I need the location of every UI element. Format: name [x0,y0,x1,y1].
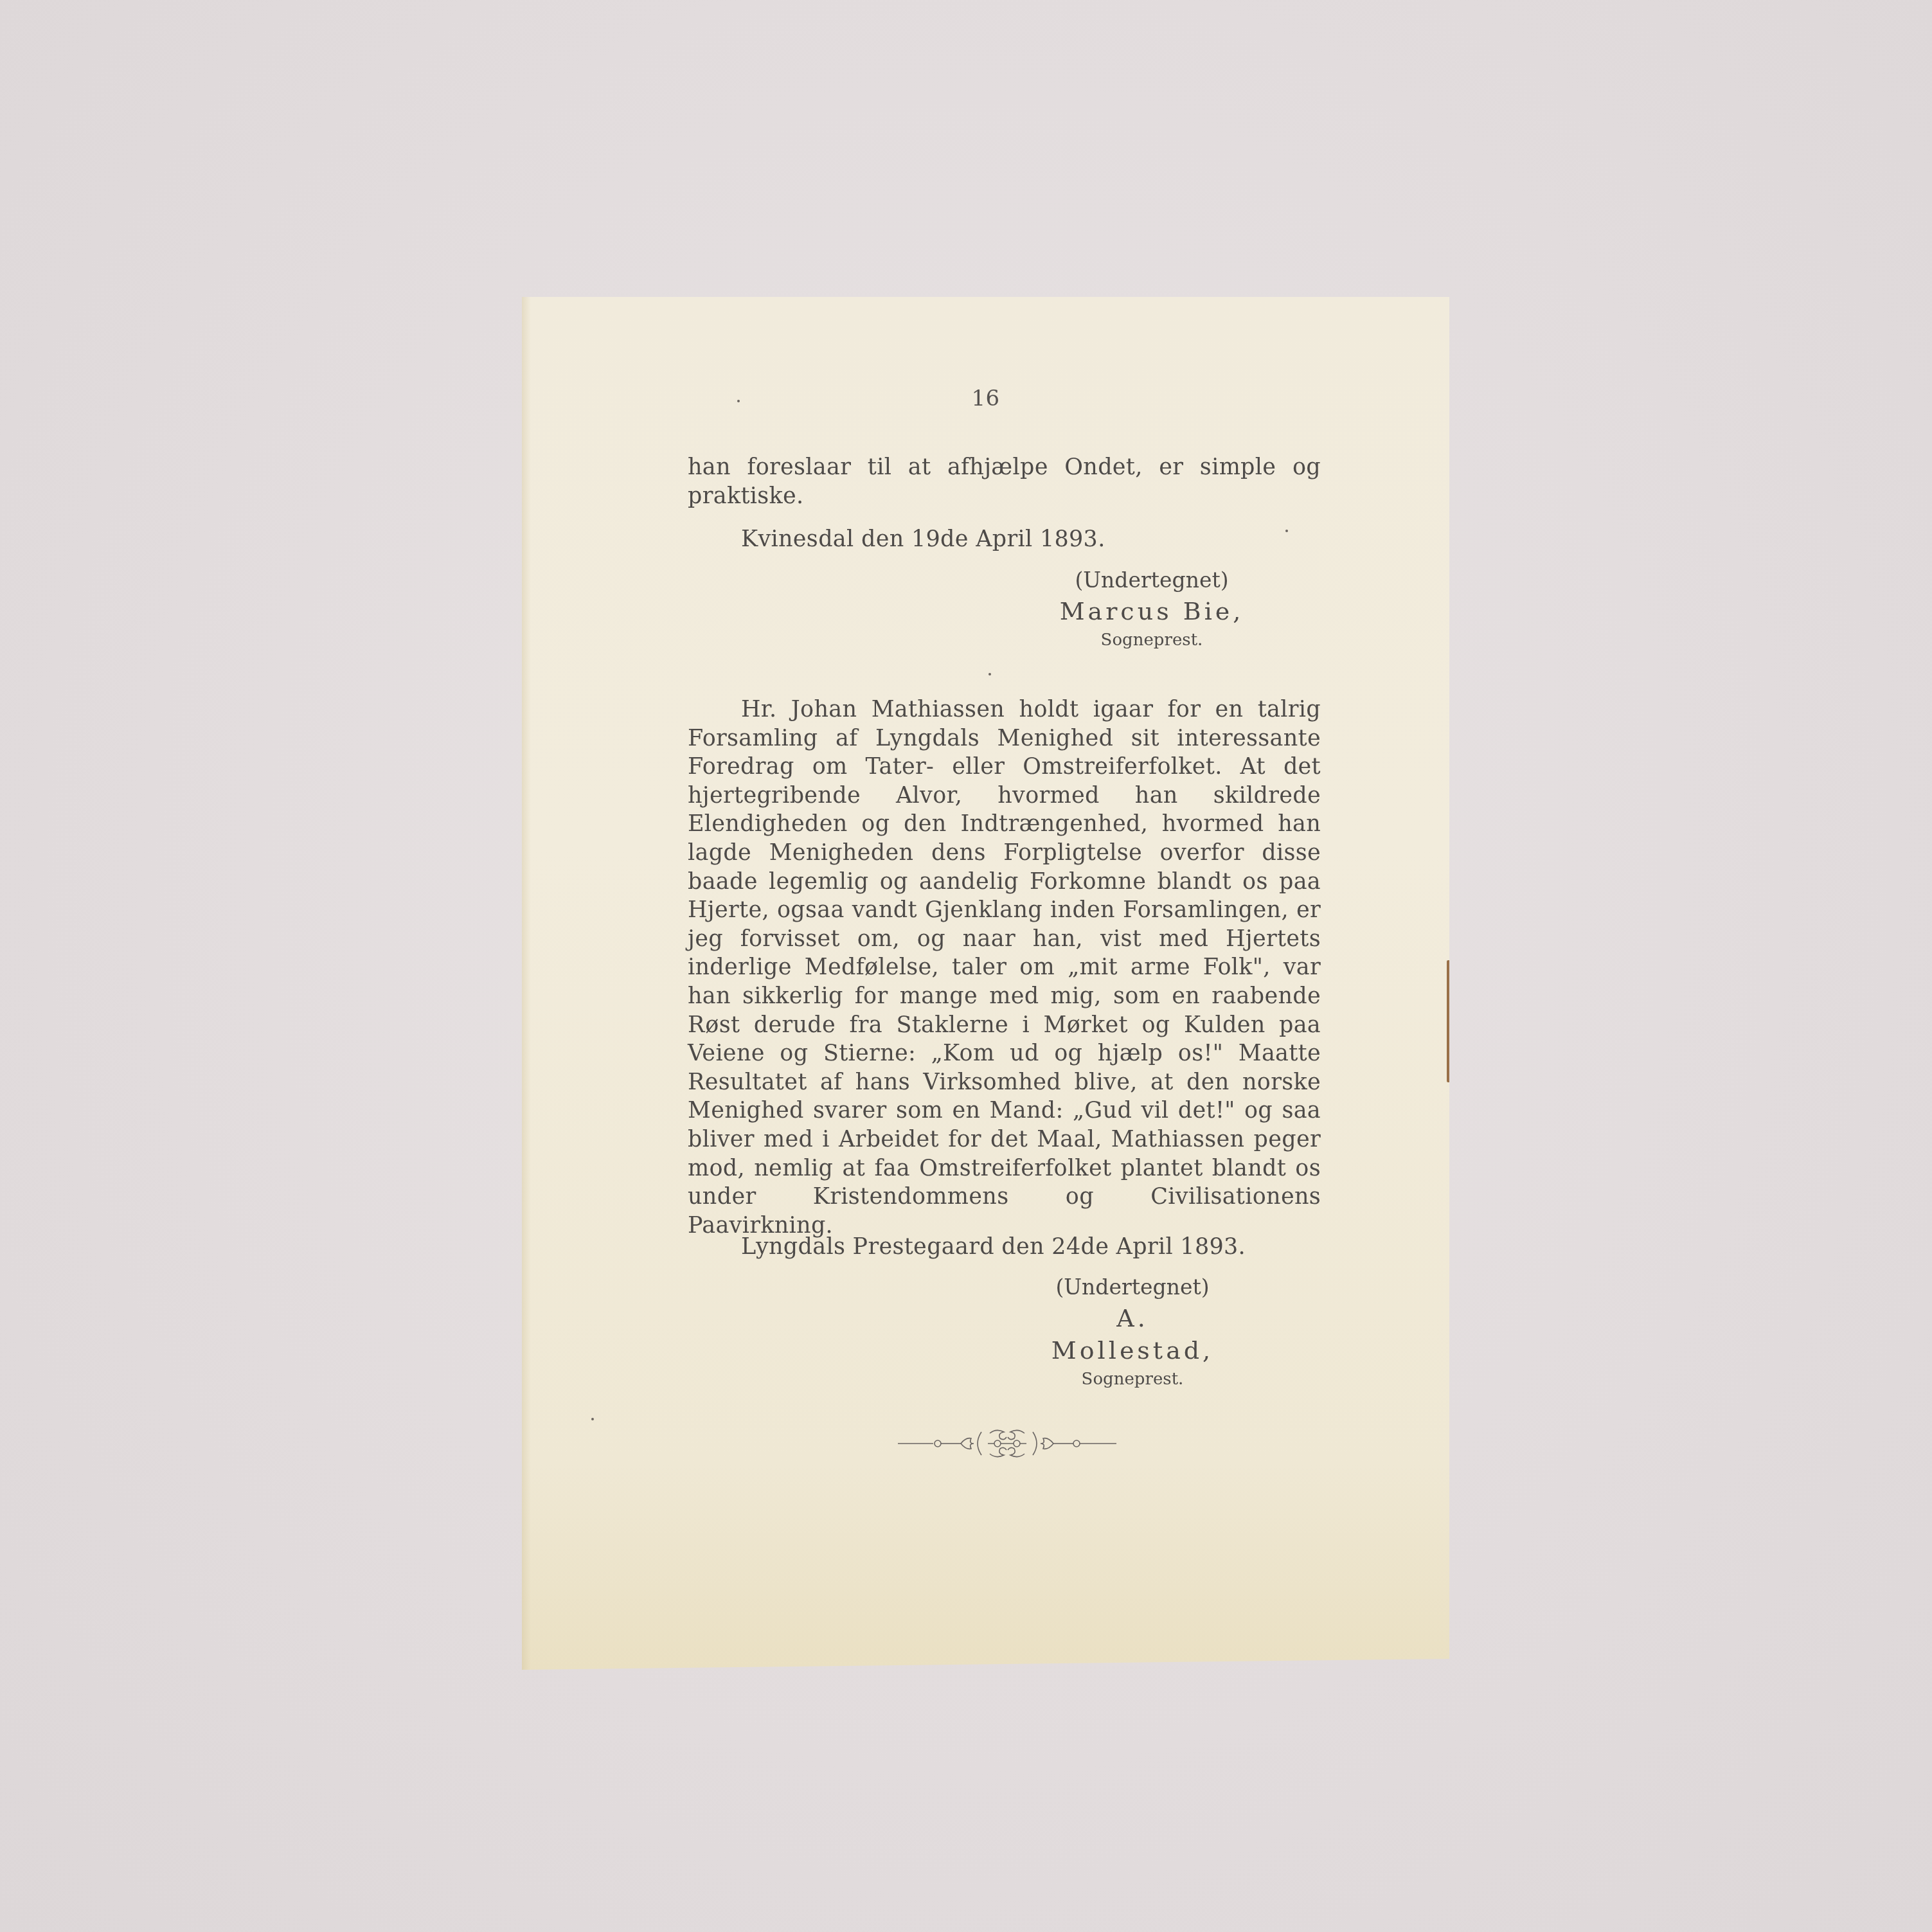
ornament-tailpiece-icon [898,1424,1116,1463]
dateline-2: Lyngdals Prestegaard den 24de April 1893… [688,1233,1321,1261]
paragraph-1: han foreslaar til at afhjælpe Ondet, er … [688,453,1321,510]
dateline-block-2: Lyngdals Prestegaard den 24de April 1893… [688,1233,1321,1261]
dateline-1: Kvinesdal den 19de April 1893. [688,525,1321,553]
signature-block-1: (Undertegnet) Marcus Bie, Sogneprest. [1055,566,1248,653]
signature-name: A. Mollestad, [1036,1302,1229,1366]
document-page: 16 han foreslaar til at afhjælpe Ondet, … [522,297,1449,1670]
signature-note: (Undertegnet) [1036,1273,1229,1302]
letter-body: Hr. Johan Mathiassen holdt igaar for en … [688,695,1321,1240]
signature-title: Sogneprest. [1055,627,1248,653]
speck [591,1418,594,1420]
speck [988,673,991,675]
signature-block-2: (Undertegnet) A. Mollestad, Sogneprest. [1036,1273,1229,1392]
signature-note: (Undertegnet) [1055,566,1248,595]
signature-title: Sogneprest. [1036,1366,1229,1392]
signature-name: Marcus Bie, [1055,595,1248,627]
dateline-block-1: Kvinesdal den 19de April 1893. [688,525,1321,553]
page-number: 16 [522,386,1449,411]
paragraph-continuation: han foreslaar til at afhjælpe Ondet, er … [688,453,1321,510]
paragraph-2: Hr. Johan Mathiassen holdt igaar for en … [688,695,1321,1240]
